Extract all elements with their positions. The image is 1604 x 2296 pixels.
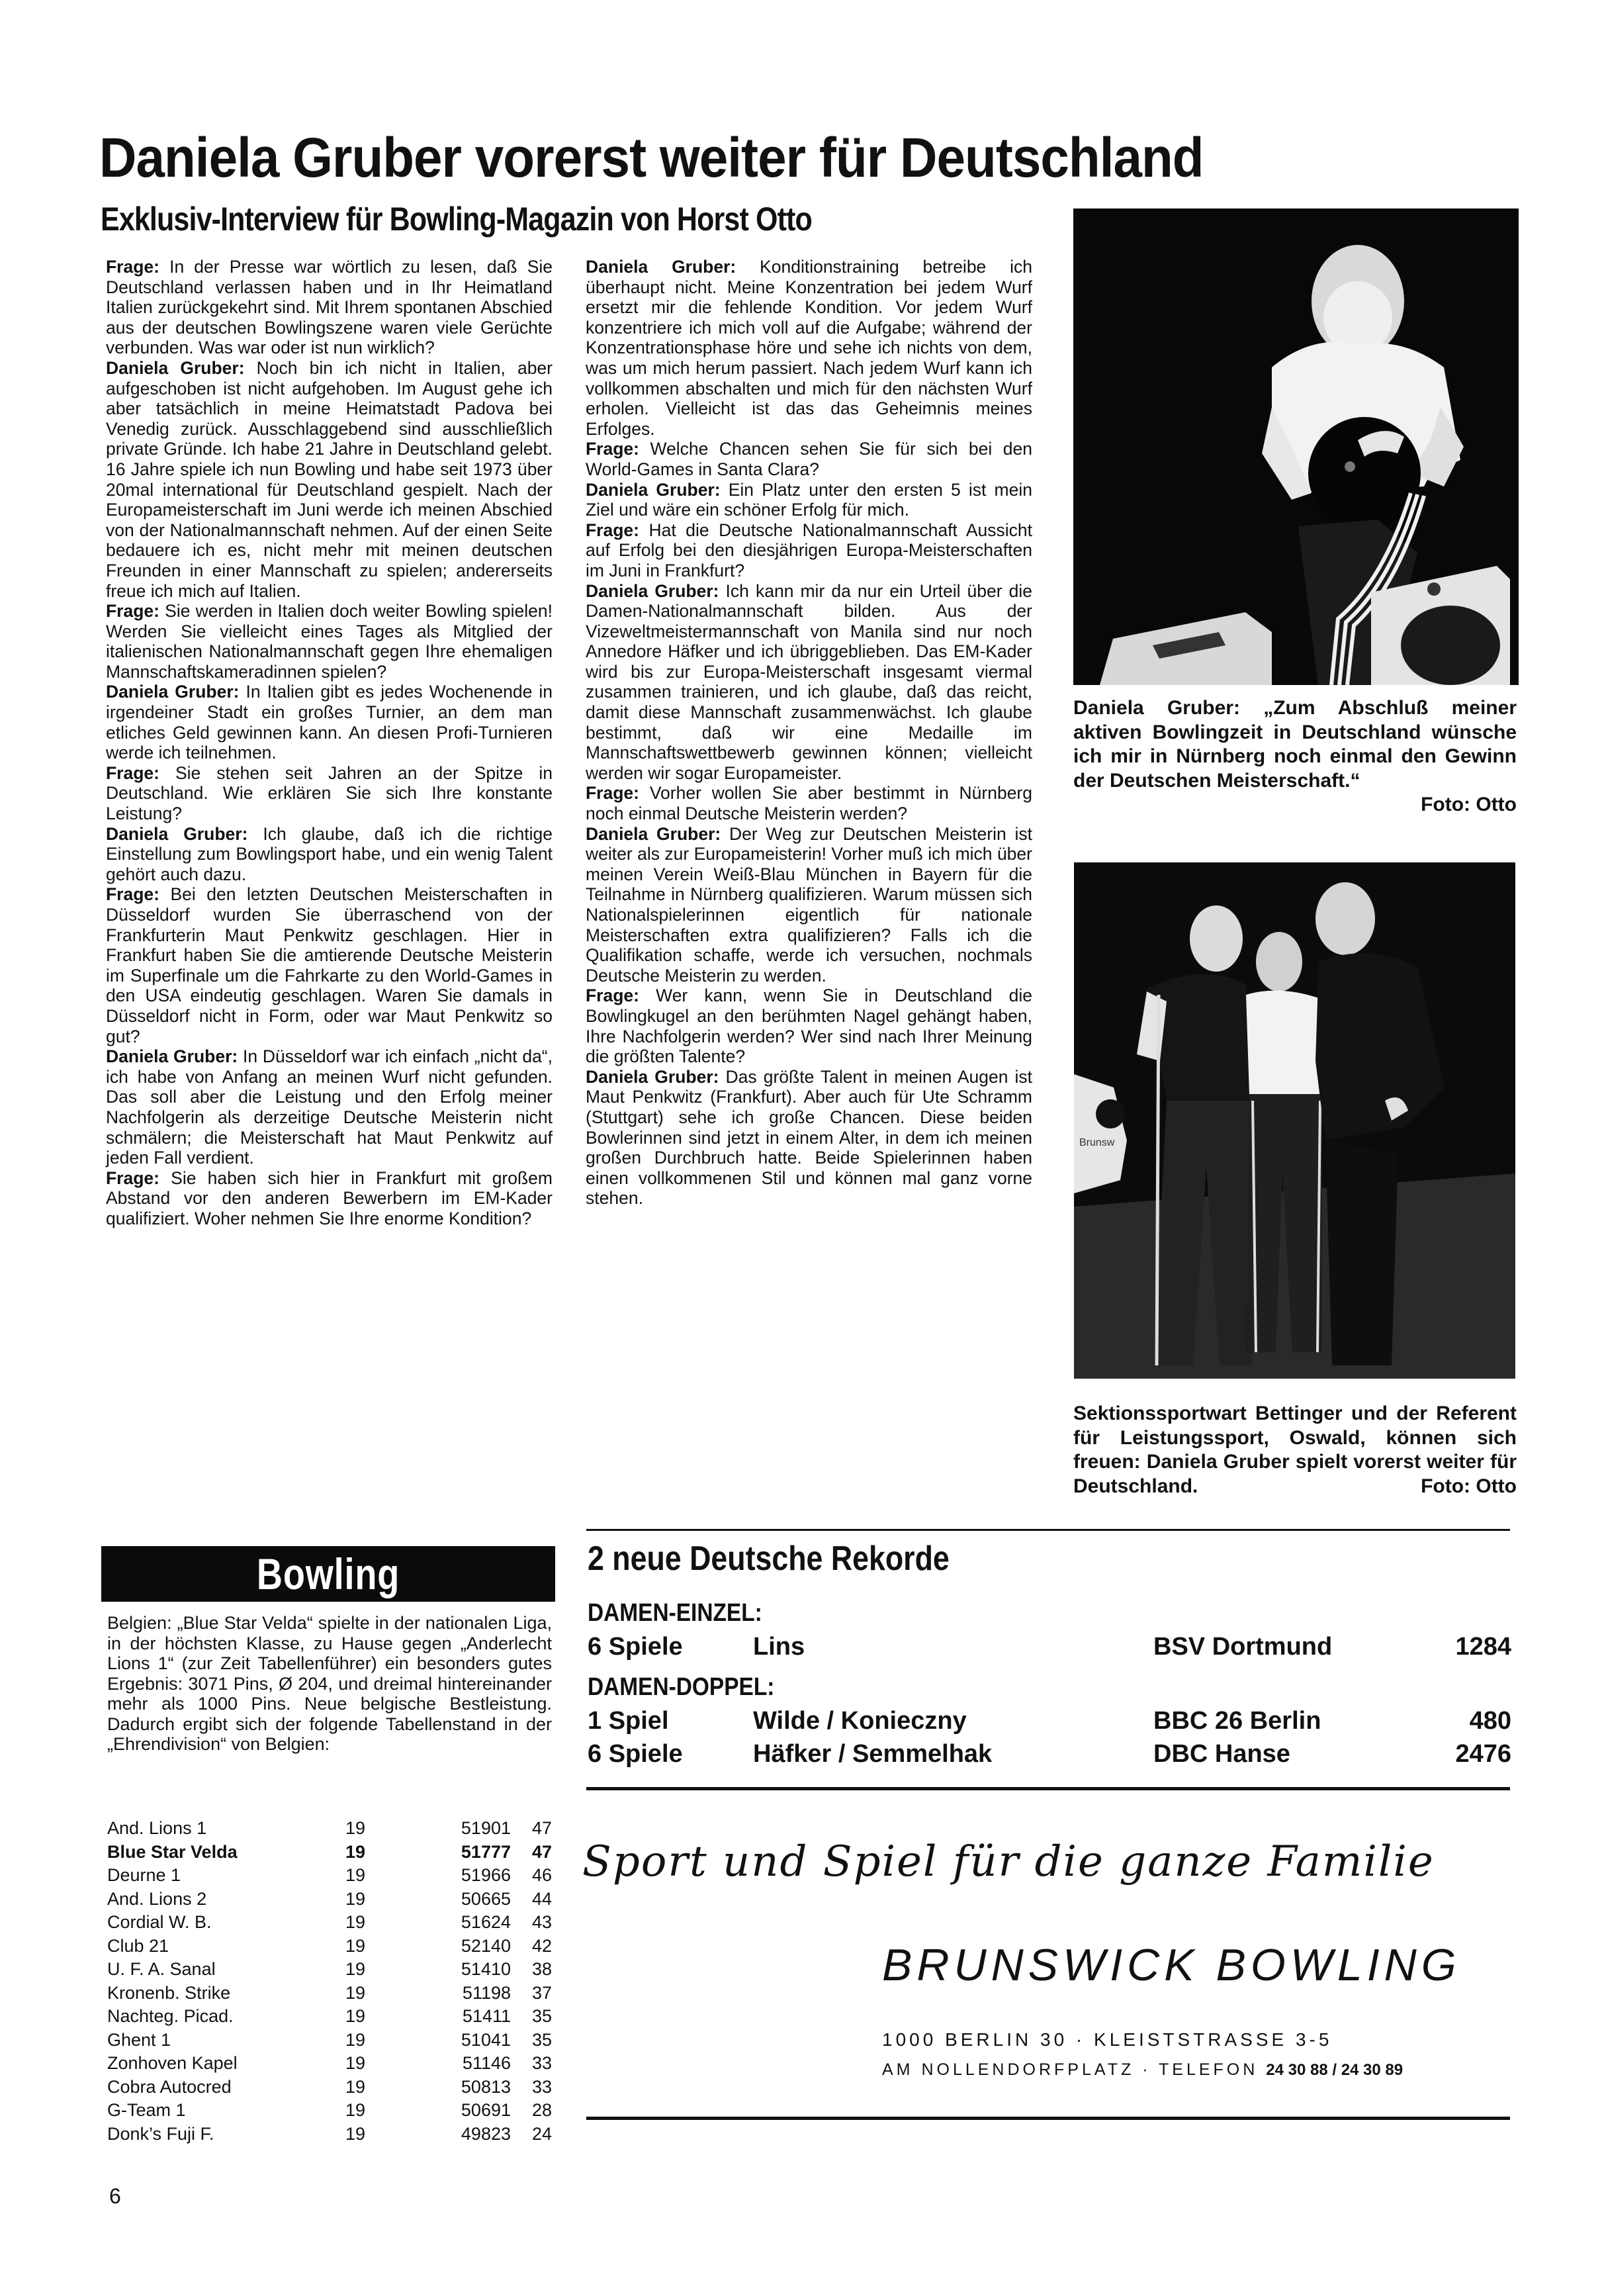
games-played: 19	[326, 1817, 425, 1841]
divider-line	[586, 2117, 1510, 2120]
table-row: Deurne 1195196646	[107, 1864, 552, 1888]
divider-line	[586, 1529, 1510, 1531]
total-pins: 49823	[425, 2123, 511, 2146]
games-played: 19	[326, 1841, 425, 1864]
interview-answer: Daniela Gruber: Noch bin ich nicht in It…	[106, 358, 553, 601]
speaker-label: Frage:	[106, 884, 159, 904]
ad-brand-name: BRUNSWICK BOWLING	[882, 1943, 1461, 1988]
team-name: Donk’s Fuji F.	[107, 2123, 326, 2146]
record-score: 480	[1470, 1706, 1511, 1735]
table-row: Zonhoven Kapel195114633	[107, 2052, 552, 2076]
belgium-standings-table: And. Lions 1195190147Blue Star Velda1951…	[107, 1817, 552, 2146]
speaker-label: Frage:	[586, 986, 639, 1005]
record-score: 2476	[1455, 1739, 1511, 1768]
total-pins: 51777	[425, 1841, 511, 1864]
points: 33	[511, 2052, 552, 2076]
speaker-label: Frage:	[106, 257, 159, 277]
interview-text: Konditionstraining betreibe ich überhaup…	[586, 257, 1032, 439]
games-played: 19	[326, 2099, 425, 2123]
total-pins: 51146	[425, 2052, 511, 2076]
total-pins: 50691	[425, 2099, 511, 2123]
ball-return-label: Brunsw	[1079, 1137, 1115, 1148]
speaker-label: Frage:	[106, 1168, 159, 1188]
team-name: And. Lions 1	[107, 1817, 326, 1841]
total-pins: 52140	[425, 1935, 511, 1958]
speaker-label: Daniela Gruber:	[106, 824, 247, 844]
speaker-label: Daniela Gruber:	[106, 682, 239, 702]
record-row: 6 Spiele Lins BSV Dortmund 1284	[588, 1632, 1511, 1661]
points: 24	[511, 2123, 552, 2146]
speaker-label: Daniela Gruber:	[586, 480, 721, 500]
interview-column-2: Daniela Gruber: Konditionstraining betre…	[586, 257, 1032, 1209]
record-games: 6 Spiele	[588, 1739, 683, 1768]
team-name: Deurne 1	[107, 1864, 326, 1888]
belgium-report: Belgien: „Blue Star Velda“ spielte in de…	[107, 1613, 552, 1755]
record-players: Häfker / Semmelhak	[753, 1739, 992, 1768]
total-pins: 51966	[425, 1864, 511, 1888]
speaker-label: Daniela Gruber:	[586, 257, 736, 277]
interview-text: Wer kann, wenn Sie in Deutschland die Bo…	[586, 986, 1032, 1066]
interview-question: Frage: Vorher wollen Sie aber bestimmt i…	[586, 783, 1032, 823]
speaker-label: Frage:	[106, 601, 159, 621]
total-pins: 51410	[425, 1958, 511, 1982]
interview-question: Frage: Bei den letzten Deutschen Meister…	[106, 884, 553, 1046]
speaker-label: Frage:	[586, 439, 639, 459]
interview-question: Frage: Sie haben sich hier in Frankfurt …	[106, 1168, 553, 1229]
points: 46	[511, 1864, 552, 1888]
record-games: 1 Spiel	[588, 1706, 669, 1735]
interview-question: Frage: Sie werden in Italien doch weiter…	[106, 601, 553, 682]
ad-slogan: Sport und Spiel für die ganze Familie	[582, 1837, 1435, 1888]
photo-image: Brunsw	[1074, 862, 1515, 1379]
records-heading: 2 neue Deutsche Rekorde	[588, 1540, 950, 1578]
team-name: And. Lions 2	[107, 1888, 326, 1911]
interview-question: Frage: Welche Chancen sehen Sie für sich…	[586, 439, 1032, 479]
interview-question: Frage: Wer kann, wenn Sie in Deutschland…	[586, 986, 1032, 1066]
team-name: U. F. A. Sanal	[107, 1958, 326, 1982]
caption-text: Daniela Gruber: „Zum Abschluß meiner akt…	[1073, 697, 1517, 792]
interview-text: Das größte Talent in meinen Augen ist Ma…	[586, 1067, 1032, 1209]
points: 47	[511, 1817, 552, 1841]
total-pins: 50665	[425, 1888, 511, 1911]
table-row: G-Team 1195069128	[107, 2099, 552, 2123]
team-name: Club 21	[107, 1935, 326, 1958]
page-number: 6	[109, 2184, 121, 2209]
record-players: Wilde / Konieczny	[753, 1706, 967, 1735]
interview-answer: Daniela Gruber: Ich glaube, daß ich die …	[106, 824, 553, 885]
team-name: Kronenb. Strike	[107, 1982, 326, 2005]
points: 35	[511, 2029, 552, 2052]
article-title: Daniela Gruber vorerst weiter für Deutsc…	[99, 130, 1204, 185]
speaker-label: Daniela Gruber:	[586, 824, 721, 844]
record-club: BSV Dortmund	[1153, 1632, 1332, 1661]
speaker-label: Frage:	[586, 783, 639, 803]
photo-credit: Foto: Otto	[1073, 793, 1517, 817]
total-pins: 51041	[425, 2029, 511, 2052]
interview-text: Hat die Deutsche Nationalmannschaft Auss…	[586, 520, 1032, 580]
article-subtitle: Exklusiv-Interview für Bowling-Magazin v…	[101, 203, 812, 236]
speaker-label: Daniela Gruber:	[586, 1067, 719, 1087]
record-club: DBC Hanse	[1153, 1739, 1290, 1768]
speaker-label: Frage:	[586, 520, 639, 540]
interview-question: Frage: In der Presse war wörtlich zu les…	[106, 257, 553, 358]
photo-daniela-gruber-with-ball	[1073, 208, 1519, 685]
speaker-label: Daniela Gruber:	[586, 581, 719, 601]
interview-answer: Daniela Gruber: Das größte Talent in mei…	[586, 1067, 1032, 1209]
photo-caption-1: Daniela Gruber: „Zum Abschluß meiner akt…	[1073, 696, 1517, 817]
points: 33	[511, 2076, 552, 2099]
games-played: 19	[326, 2123, 425, 2146]
table-row: Club 21195214042	[107, 1935, 552, 1958]
interview-text: Sie werden in Italien doch weiter Bowlin…	[106, 601, 553, 682]
team-name: Cobra Autocred	[107, 2076, 326, 2099]
team-name: Cordial W. B.	[107, 1911, 326, 1935]
photo-caption-2: Sektionssportwart Bettinger und der Refe…	[1073, 1402, 1517, 1498]
interview-answer: Daniela Gruber: In Düsseldorf war ich ei…	[106, 1046, 553, 1168]
interview-text: Welche Chancen sehen Sie für sich bei de…	[586, 439, 1032, 479]
points: 28	[511, 2099, 552, 2123]
games-played: 19	[326, 2029, 425, 2052]
damen-einzel-label: DAMEN-EINZEL:	[588, 1600, 762, 1626]
interview-text: Sie stehen seit Jahren an der Spitze in …	[106, 763, 553, 823]
speaker-label: Daniela Gruber:	[106, 1046, 238, 1066]
table-row: Donk’s Fuji F.194982324	[107, 2123, 552, 2146]
table-row: Ghent 1195104135	[107, 2029, 552, 2052]
table-row: Blue Star Velda195177747	[107, 1841, 552, 1864]
interview-answer: Daniela Gruber: Ich kann mir da nur ein …	[586, 581, 1032, 784]
interview-text: Noch bin ich nicht in Italien, aber aufg…	[106, 358, 553, 601]
games-played: 19	[326, 2076, 425, 2099]
ad-address-line-1: 1000 BERLIN 30 · KLEISTSTRASSE 3-5	[882, 2031, 1332, 2049]
interview-answer: Daniela Gruber: Der Weg zur Deutschen Me…	[586, 824, 1032, 986]
speaker-label: Frage:	[106, 763, 159, 783]
points: 38	[511, 1958, 552, 1982]
ad-phone: 24 30 88 / 24 30 89	[1266, 2061, 1403, 2079]
ad-address-line-2: AM NOLLENDORFPLATZ · TELEFON 24 30 88 / …	[882, 2062, 1403, 2078]
interview-question: Frage: Hat die Deutsche Nationalmannscha…	[586, 520, 1032, 581]
ad-address-text: AM NOLLENDORFPLATZ · TELEFON	[882, 2060, 1266, 2079]
total-pins: 51411	[425, 2005, 511, 2029]
points: 37	[511, 1982, 552, 2005]
points: 43	[511, 1911, 552, 1935]
table-row: Cordial W. B.195162443	[107, 1911, 552, 1935]
interview-question: Frage: Sie stehen seit Jahren an der Spi…	[106, 763, 553, 824]
team-name: G-Team 1	[107, 2099, 326, 2123]
team-name: Ghent 1	[107, 2029, 326, 2052]
interview-column-1: Frage: In der Presse war wörtlich zu les…	[106, 257, 553, 1229]
points: 47	[511, 1841, 552, 1864]
games-played: 19	[326, 1911, 425, 1935]
games-played: 19	[326, 1935, 425, 1958]
interview-text: Ich kann mir da nur ein Urteil über die …	[586, 581, 1032, 783]
interview-answer: Daniela Gruber: Ein Platz unter den erst…	[586, 480, 1032, 520]
interview-answer: Daniela Gruber: Konditionstraining betre…	[586, 257, 1032, 439]
games-played: 19	[326, 1888, 425, 1911]
points: 44	[511, 1888, 552, 1911]
points: 42	[511, 1935, 552, 1958]
games-played: 19	[326, 1982, 425, 2005]
total-pins: 50813	[425, 2076, 511, 2099]
games-played: 19	[326, 1864, 425, 1888]
table-row: Cobra Autocred195081333	[107, 2076, 552, 2099]
interview-text: Sie haben sich hier in Frankfurt mit gro…	[106, 1168, 553, 1228]
team-name: Zonhoven Kapel	[107, 2052, 326, 2076]
points: 35	[511, 2005, 552, 2029]
interview-answer: Daniela Gruber: In Italien gibt es jedes…	[106, 682, 553, 762]
team-name: Nachteg. Picad.	[107, 2005, 326, 2029]
photo-credit: Foto: Otto	[1421, 1475, 1517, 1499]
interview-text: Bei den letzten Deutschen Meisterschafte…	[106, 884, 553, 1046]
speaker-label: Daniela Gruber:	[106, 358, 245, 378]
interview-text: Vorher wollen Sie aber bestimmt in Nürnb…	[586, 783, 1032, 823]
divider-line	[586, 1787, 1510, 1790]
record-club: BBC 26 Berlin	[1153, 1706, 1321, 1735]
photo-group-bettinger-gruber-oswald: Brunsw	[1074, 862, 1515, 1379]
table-row: Kronenb. Strike195119837	[107, 1982, 552, 2005]
table-row: U. F. A. Sanal195141038	[107, 1958, 552, 1982]
record-row: 6 Spiele Häfker / Semmelhak DBC Hanse 24…	[588, 1739, 1511, 1768]
interview-text: In der Presse war wörtlich zu lesen, daß…	[106, 257, 553, 357]
bowling-international-banner: Bowling international	[101, 1546, 555, 1602]
games-played: 19	[326, 1958, 425, 1982]
total-pins: 51901	[425, 1817, 511, 1841]
total-pins: 51198	[425, 1982, 511, 2005]
record-row: 1 Spiel Wilde / Konieczny BBC 26 Berlin …	[588, 1706, 1511, 1735]
interview-text: Der Weg zur Deutschen Meisterin ist weit…	[586, 824, 1032, 986]
games-played: 19	[326, 2052, 425, 2076]
record-games: 6 Spiele	[588, 1632, 683, 1661]
total-pins: 51624	[425, 1911, 511, 1935]
record-players: Lins	[753, 1632, 805, 1661]
damen-doppel-label: DAMEN-DOPPEL:	[588, 1675, 774, 1700]
photo-image	[1073, 208, 1519, 685]
table-row: And. Lions 1195190147	[107, 1817, 552, 1841]
team-name: Blue Star Velda	[107, 1841, 326, 1864]
games-played: 19	[326, 2005, 425, 2029]
table-row: And. Lions 2195066544	[107, 1888, 552, 1911]
record-score: 1284	[1455, 1632, 1511, 1661]
table-row: Nachteg. Picad.195141135	[107, 2005, 552, 2029]
